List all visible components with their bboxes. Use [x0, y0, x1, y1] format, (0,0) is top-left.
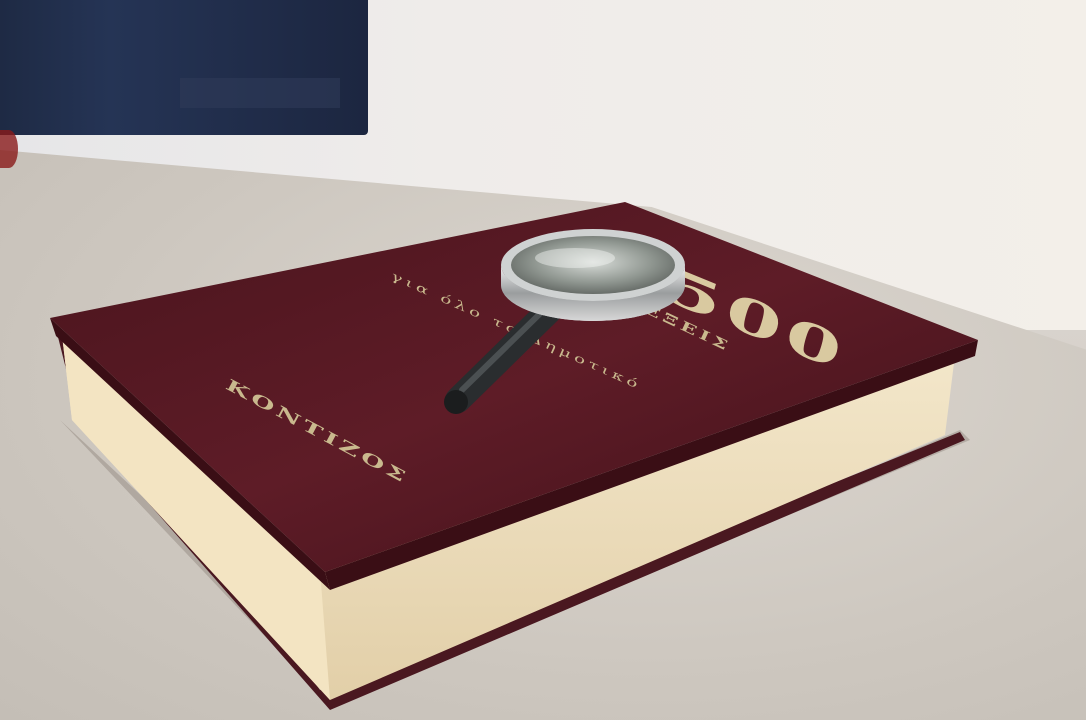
magnifying-glass — [0, 0, 1086, 720]
magnifying-glass-lens — [501, 229, 685, 321]
